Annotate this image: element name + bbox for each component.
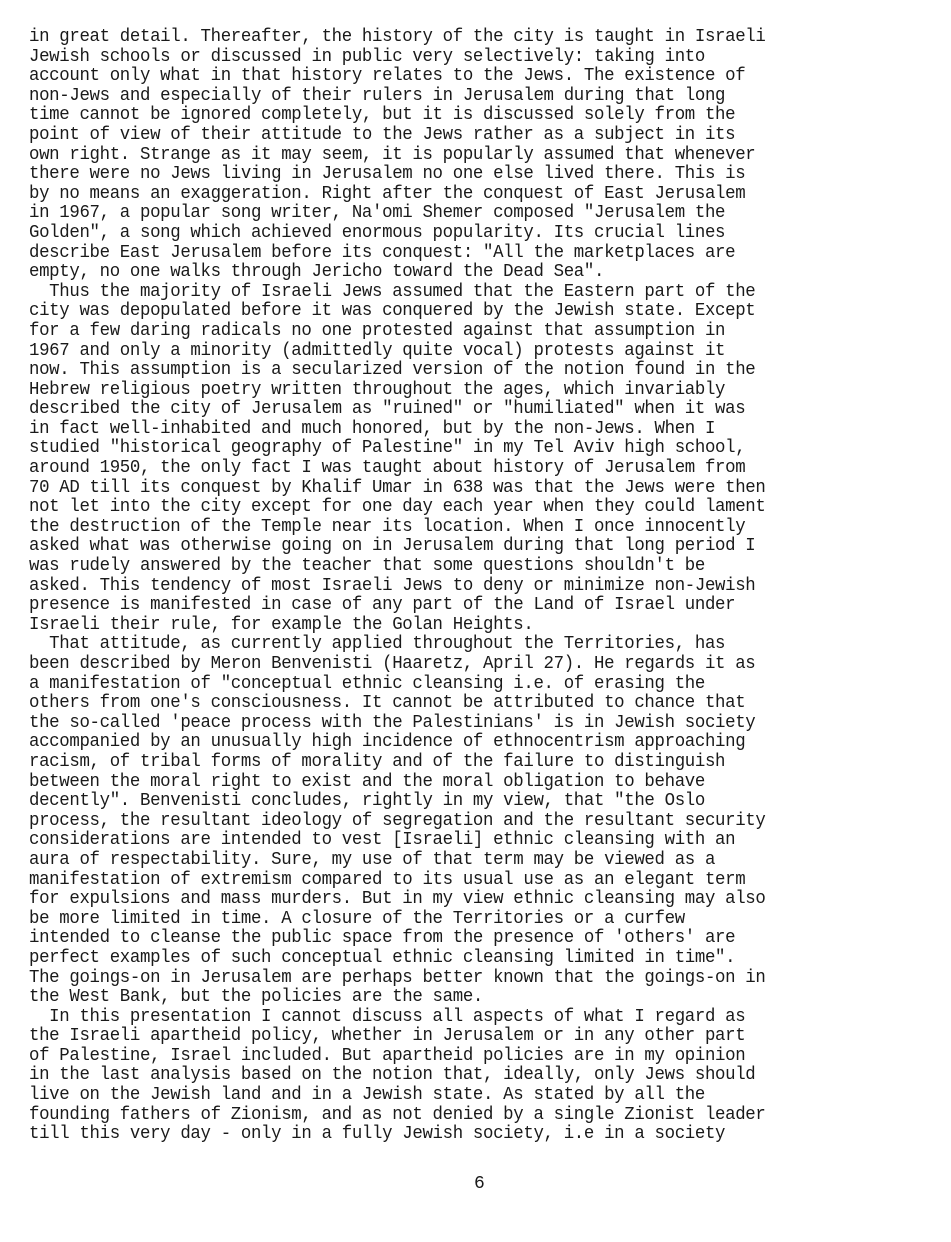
text-line: decently". Benvenisti concludes, rightly… [29, 792, 889, 812]
text-line: Jewish schools or discussed in public ve… [29, 48, 889, 68]
text-line: was rudely answered by the teacher that … [29, 557, 889, 577]
text-line: founding fathers of Zionism, and as not … [29, 1106, 889, 1126]
text-line: been described by Meron Benvenisti (Haar… [29, 655, 889, 675]
text-line: the West Bank, but the policies are the … [29, 988, 889, 1008]
text-line: by no means an exaggeration. Right after… [29, 185, 889, 205]
text-line: describe East Jerusalem before its conqu… [29, 244, 889, 264]
text-line: Thus the majority of Israeli Jews assume… [29, 283, 889, 303]
text-line: account only what in that history relate… [29, 67, 889, 87]
text-line: not let into the city except for one day… [29, 498, 889, 518]
text-line: 70 AD till its conquest by Khalif Umar i… [29, 479, 889, 499]
text-line: others from one's consciousness. It cann… [29, 694, 889, 714]
text-line: presence is manifested in case of any pa… [29, 596, 889, 616]
text-line: a manifestation of "conceptual ethnic cl… [29, 675, 889, 695]
text-line: city was depopulated before it was conqu… [29, 302, 889, 322]
text-line: own right. Strange as it may seem, it is… [29, 146, 889, 166]
document-body: in great detail. Thereafter, the history… [29, 28, 929, 1145]
text-line: the Israeli apartheid policy, whether in… [29, 1027, 889, 1047]
text-line: Golden", a song which achieved enormous … [29, 224, 889, 244]
text-line: Hebrew religious poetry written througho… [29, 381, 889, 401]
text-line: The goings-on in Jerusalem are perhaps b… [29, 969, 889, 989]
text-line: In this presentation I cannot discuss al… [29, 1008, 889, 1028]
text-line: described the city of Jerusalem as "ruin… [29, 400, 889, 420]
text-line: the so-called 'peace process with the Pa… [29, 714, 889, 734]
text-line: in the last analysis based on the notion… [29, 1066, 889, 1086]
text-line: intended to cleanse the public space fro… [29, 929, 889, 949]
text-line: live on the Jewish land and in a Jewish … [29, 1086, 889, 1106]
text-line: in great detail. Thereafter, the history… [29, 28, 889, 48]
text-line: till this very day - only in a fully Jew… [29, 1125, 889, 1145]
text-line: perfect examples of such conceptual ethn… [29, 949, 889, 969]
text-line: time cannot be ignored completely, but i… [29, 106, 889, 126]
text-line: empty, no one walks through Jericho towa… [29, 263, 889, 283]
text-line: between the moral right to exist and the… [29, 773, 889, 793]
text-line: process, the resultant ideology of segre… [29, 812, 889, 832]
text-line: around 1950, the only fact I was taught … [29, 459, 889, 479]
text-line: for expulsions and mass murders. But in … [29, 890, 889, 910]
text-line: non-Jews and especially of their rulers … [29, 87, 889, 107]
text-line: be more limited in time. A closure of th… [29, 910, 889, 930]
text-line: of Palestine, Israel included. But apart… [29, 1047, 889, 1067]
text-line: asked what was otherwise going on in Jer… [29, 537, 889, 557]
text-line: manifestation of extremism compared to i… [29, 871, 889, 891]
text-line: the destruction of the Temple near its l… [29, 518, 889, 538]
text-line: accompanied by an unusually high inciden… [29, 733, 889, 753]
text-line: now. This assumption is a secularized ve… [29, 361, 889, 381]
text-line: in fact well-inhabited and much honored,… [29, 420, 889, 440]
text-line: That attitude, as currently applied thro… [29, 635, 889, 655]
text-line: 1967 and only a minority (admittedly qui… [29, 342, 889, 362]
text-line: point of view of their attitude to the J… [29, 126, 889, 146]
page-number: 6 [474, 1174, 485, 1194]
text-line: Israeli their rule, for example the Gola… [29, 616, 889, 636]
text-line: racism, of tribal forms of morality and … [29, 753, 889, 773]
text-line: there were no Jews living in Jerusalem n… [29, 165, 889, 185]
text-line: considerations are intended to vest [Isr… [29, 831, 889, 851]
text-line: aura of respectability. Sure, my use of … [29, 851, 889, 871]
text-line: studied "historical geography of Palesti… [29, 439, 889, 459]
text-line: asked. This tendency of most Israeli Jew… [29, 577, 889, 597]
text-line: for a few daring radicals no one protest… [29, 322, 889, 342]
text-line: in 1967, a popular song writer, Na'omi S… [29, 204, 889, 224]
